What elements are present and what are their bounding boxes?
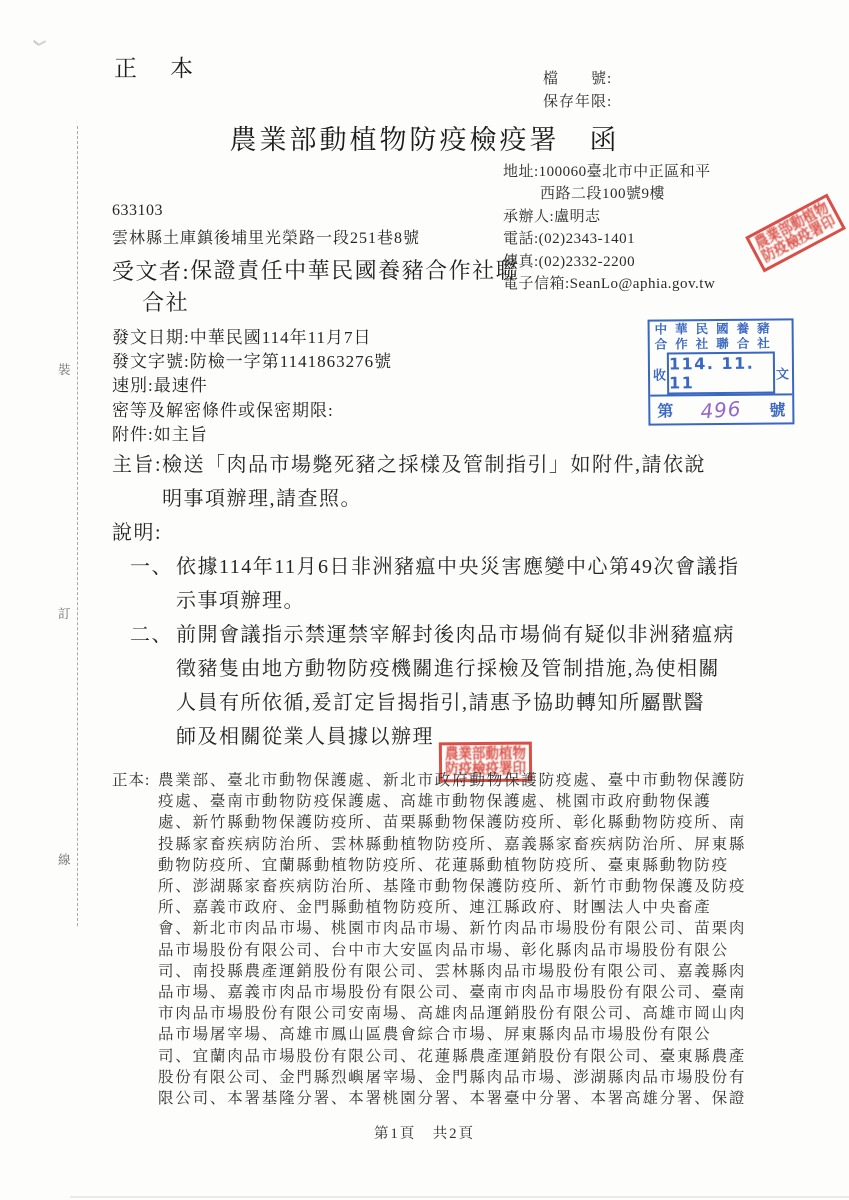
item-number: 二、 <box>130 618 176 782</box>
binding-mark-ding: 訂 <box>58 604 71 622</box>
binding-mark-zhuang: 裝 <box>58 360 71 378</box>
scan-edge-artifact <box>70 1196 849 1198</box>
cc-line: 品市場屠宰場、高雄市鳳山區農會綜合市場、屏東縣肉品市場股份有限公 <box>158 1024 746 1045</box>
recipient-name-line2: 合社 <box>142 287 519 319</box>
file-number-block: 檔 號: 保存年限: <box>543 68 612 114</box>
agency-contact-block: 地址:100060臺北市中正區和平 西路二段100號9樓 承辦人:盧明志 電話:… <box>503 161 715 295</box>
agency-phone: 電話:(02)2343-1401 <box>503 228 715 250</box>
cc-line: 處、新竹縣動物保護防疫所、苗栗縣動物保護防疫所、彰化縣動物防疫所、南 <box>158 812 746 833</box>
explanation-label: 說明: <box>112 516 162 545</box>
binding-mark-xian: 線 <box>58 850 71 868</box>
recipient-address: 雲林縣土庫鎮後埔里光榮路一段251巷8號 <box>112 225 420 248</box>
scanned-official-letter-page: 正 本 檔 號: 保存年限: 農業部動植物防疫檢疫署 函 地址:100060臺北… <box>0 0 849 1200</box>
received-stamp-org-line1: 中華民國養豬 <box>650 320 792 336</box>
subject-line: 檢送「肉品市場斃死豬之採樣及管制指引」如附件,請依說 <box>162 448 706 482</box>
received-stamp-doc-char: 文 <box>775 352 790 394</box>
received-stamp-number-row: 第 496 號 <box>650 394 792 424</box>
explanation-item-1: 一、 依據114年11月6日非洲豬瘟中央災害應變中心第49次會議指 示事項辦理。 <box>130 550 740 618</box>
received-stamp-date: 114. 11. 11 <box>667 352 775 395</box>
pencil-check-mark <box>33 40 45 49</box>
original-copy-recipients-block: 正本: 農業部、臺北市動物保護處、新北市政府動物保護防疫處、臺中市動物保護防 疫… <box>112 770 746 1109</box>
cc-line: 動物防疫所、宜蘭縣動植物防疫所、花蓮縣動植物防疫所、臺東縣動物防疫 <box>158 855 746 876</box>
recipient-row: 受文者: 保證責任中華民國養豬合作社聯 合社 <box>112 255 519 319</box>
subject-block: 主旨: 檢送「肉品市場斃死豬之採樣及管制指引」如附件,請依說 明事項辦理,請查照… <box>112 448 706 516</box>
recipient-name: 保證責任中華民國養豬合作社聯 合社 <box>190 255 519 319</box>
document-title: 農業部動植物防疫檢疫署 函 <box>0 118 849 157</box>
cc-line: 品市場股份有限公司、台中市大安區肉品市場、彰化縣肉品市場股份有限公 <box>158 940 746 961</box>
cc-line: 所、澎湖縣家畜疾病防治所、基隆市動物保護防疫所、新竹市動物保護及防疫 <box>158 876 746 897</box>
cc-line: 品市場、嘉義市肉品市場股份有限公司、臺南市肉品市場股份有限公司、臺南 <box>158 982 746 1003</box>
item-line-text: 師及相關從業人員據以辦理 <box>176 726 434 748</box>
item-text: 依據114年11月6日非洲豬瘟中央災害應變中心第49次會議指 示事項辦理。 <box>176 550 740 618</box>
recipient-name-line1: 保證責任中華民國養豬合作社聯 <box>190 255 519 287</box>
received-stamp-no-prefix: 第 <box>657 399 673 422</box>
priority: 速別:最速件 <box>112 374 392 398</box>
received-stamp-no-value: 496 <box>700 396 743 423</box>
cc-label: 正本: <box>112 770 158 1109</box>
cc-line: 會、新北市肉品市場、桃園市肉品市場、新竹肉品市場股份有限公司、苗栗肉 <box>158 918 746 939</box>
cc-line: 司、宜蘭肉品市場股份有限公司、花蓮縣農產運銷股份有限公司、臺東縣農產 <box>158 1046 746 1067</box>
dispatch-meta-block: 發文日期:中華民國114年11月7日 發文字號:防檢一字第1141863276號… <box>112 326 392 447</box>
cc-line: 股份有限公司、金門縣烈嶼屠宰場、金門縣肉品市場、澎湖縣肉品市場股份有 <box>158 1067 746 1088</box>
page-number-footer: 第1頁 共2頁 <box>0 1122 849 1143</box>
agency-address-line1: 地址:100060臺北市中正區和平 <box>503 161 715 183</box>
agency-red-seal-rotated: 農業部動植物 防疫檢疫署印 <box>745 193 846 272</box>
item-line: 徵豬隻由地方動物防疫機關進行採檢及管制措施,為使相關 <box>176 652 735 686</box>
item-number: 一、 <box>130 550 176 618</box>
subject-label: 主旨: <box>112 448 162 516</box>
subject-text: 檢送「肉品市場斃死豬之採樣及管制指引」如附件,請依說 明事項辦理,請查照。 <box>162 448 706 516</box>
received-stamp: 中華民國養豬 合作社聯合社 收 114. 11. 11 文 第 496 號 <box>648 318 795 425</box>
item-line: 示事項辦理。 <box>176 584 740 618</box>
dispatch-number: 發文字號:防檢一字第1141863276號 <box>112 350 392 374</box>
explanation-item-2: 二、 前開會議指示禁運禁宰解封後肉品市場倘有疑似非洲豬瘟病 徵豬隻由地方動物防疫… <box>130 618 735 782</box>
recipient-postal-code: 633103 <box>112 202 163 220</box>
cc-line: 司、南投縣農產運銷股份有限公司、雲林縣肉品市場股份有限公司、嘉義縣肉 <box>158 961 746 982</box>
copy-type-label: 正 本 <box>114 50 198 83</box>
retention-period-label: 保存年限: <box>543 91 612 114</box>
agency-contact-person: 承辦人:盧明志 <box>503 206 715 228</box>
dispatch-date: 發文日期:中華民國114年11月7日 <box>112 326 392 350</box>
attachment-note: 附件:如主旨 <box>112 423 392 447</box>
agency-fax: 傳真:(02)2332-2200 <box>503 251 715 273</box>
received-stamp-org-line2: 合作社聯合社 <box>650 335 792 351</box>
item-text: 前開會議指示禁運禁宰解封後肉品市場倘有疑似非洲豬瘟病 徵豬隻由地方動物防疫機關進… <box>176 618 735 782</box>
agency-address-line2: 西路二段100號9樓 <box>503 183 715 205</box>
item-line: 前開會議指示禁運禁宰解封後肉品市場倘有疑似非洲豬瘟病 <box>176 618 735 652</box>
subject-line: 明事項辦理,請查照。 <box>162 482 706 516</box>
agency-email: 電子信箱:SeanLo@aphia.gov.tw <box>503 273 715 295</box>
cc-list: 農業部、臺北市動物保護處、新北市政府動物保護防疫處、臺中市動物保護防 疫處、臺南… <box>158 770 746 1109</box>
cc-line: 限公司、本署基隆分署、本署桃園分署、本署臺中分署、本署高雄分署、保證 <box>158 1088 746 1109</box>
binding-dashed-line <box>77 126 78 926</box>
item-line: 依據114年11月6日非洲豬瘟中央災害應變中心第49次會議指 <box>176 550 740 584</box>
file-number-label: 檔 號: <box>543 68 612 91</box>
cc-line: 疫處、臺南市動物防疫保護處、高雄市動物保護處、桃園市政府動物保護 <box>158 791 746 812</box>
cc-line: 農業部、臺北市動物保護處、新北市政府動物保護防疫處、臺中市動物保護防 <box>158 770 746 791</box>
received-stamp-receive-char: 收 <box>652 353 667 395</box>
received-stamp-middle: 收 114. 11. 11 文 <box>652 352 790 395</box>
security-class: 密等及解密條件或保密期限: <box>112 399 392 423</box>
received-stamp-no-suffix: 號 <box>769 398 785 421</box>
cc-line: 所、嘉義市政府、金門縣動植物防疫所、連江縣政府、財團法人中央畜產 <box>158 897 746 918</box>
item-line: 人員有所依循,爰訂定旨揭指引,請惠予協助轉知所屬獸醫 <box>176 686 735 720</box>
cc-line: 市肉品市場股份有限公司安南場、高雄肉品運銷股份有限公司、高雄市岡山肉 <box>158 1003 746 1024</box>
cc-line: 投縣家畜疾病防治所、雲林縣動植物防疫所、嘉義縣家畜疾病防治所、屏東縣 <box>158 834 746 855</box>
